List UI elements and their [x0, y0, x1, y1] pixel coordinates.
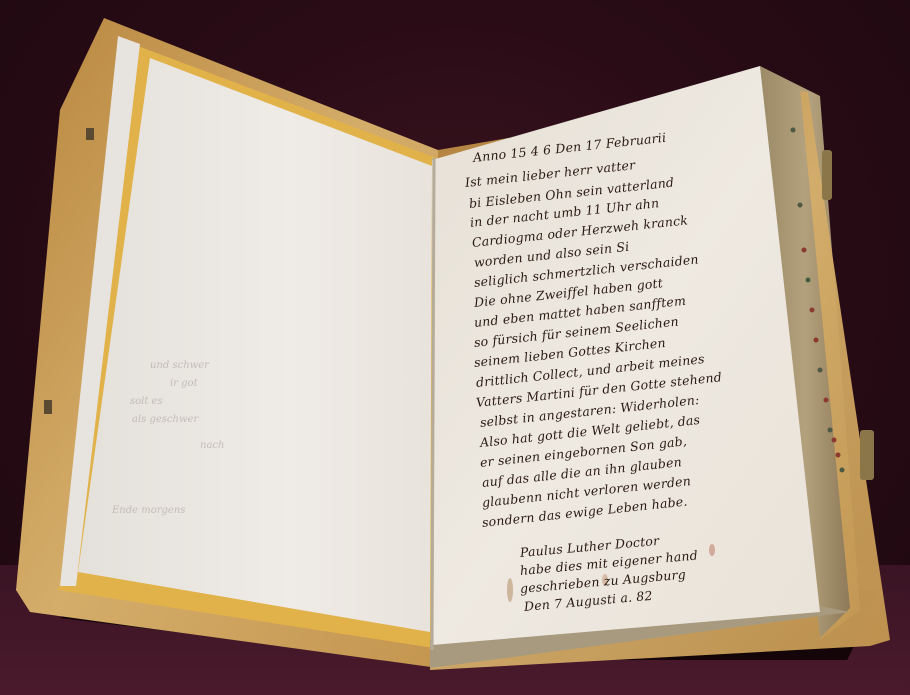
faint-line: Ende morgens — [112, 505, 185, 516]
faint-line: ir got — [170, 378, 198, 389]
open-book — [0, 0, 910, 695]
clasp-right-top — [822, 150, 832, 200]
clasp-right-bottom — [860, 430, 874, 480]
clasp-left-top — [86, 128, 94, 140]
faint-line: als geschwer — [132, 414, 198, 425]
clasp-left-bottom — [44, 400, 52, 414]
faint-line: nach — [200, 440, 224, 451]
faint-line: solt es — [130, 396, 163, 407]
faint-line: und schwer — [150, 360, 209, 371]
